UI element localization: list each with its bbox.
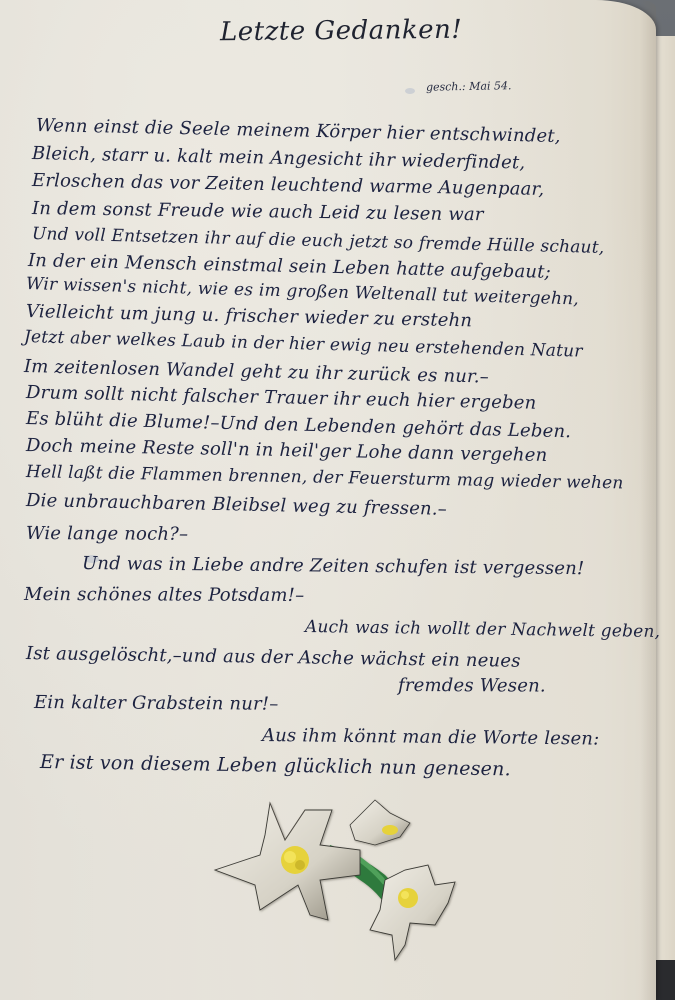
poem-line: Und was in Liebe andre Zeiten schufen is… [82, 553, 585, 579]
poem-line: In dem sonst Freude wie auch Leid zu les… [32, 198, 484, 225]
poem-line: Mein schönes altes Potsdam!– [24, 584, 304, 606]
date-note: gesch.: Mai 54. [426, 79, 512, 93]
poem-line: Die unbrauchbaren Bleibsel weg zu fresse… [26, 490, 447, 520]
poem-line: Er ist von diesem Leben glücklich nun ge… [40, 751, 511, 780]
poem-line: Aus ihm könnt man die Worte lesen: [262, 725, 600, 750]
page-title: Letzte Gedanken! [220, 15, 463, 48]
poem-line: Bleich, starr u. kalt mein Angesicht ihr… [32, 143, 526, 173]
poem-line: Wenn einst die Seele meinem Körper hier … [36, 115, 561, 147]
poem-line: Ist ausgelöscht,–und aus der Asche wächs… [26, 643, 521, 672]
poem-line: Auch was ich wollt der Nachwelt geben, [305, 617, 660, 642]
notebook-page: Letzte Gedanken! gesch.: Mai 54. Wenn ei… [0, 0, 656, 1000]
lily-flower-illustration [210, 795, 460, 965]
poem-line: fremdes Wesen. [398, 675, 546, 697]
poem-line: Vielleicht um jung u. frischer wieder zu… [26, 301, 473, 331]
poem-line: Wie lange noch?– [26, 523, 188, 545]
poem-line: Jetzt aber welkes Laub in der hier ewig … [24, 327, 583, 362]
poem-line: Erloschen das vor Zeiten leuchtend warme… [32, 170, 545, 200]
poem-line: Ein kalter Grabstein nur!– [34, 692, 279, 715]
poem-line: Hell laßt die Flammen brennen, der Feuer… [26, 462, 624, 493]
ink-spot [405, 88, 415, 94]
